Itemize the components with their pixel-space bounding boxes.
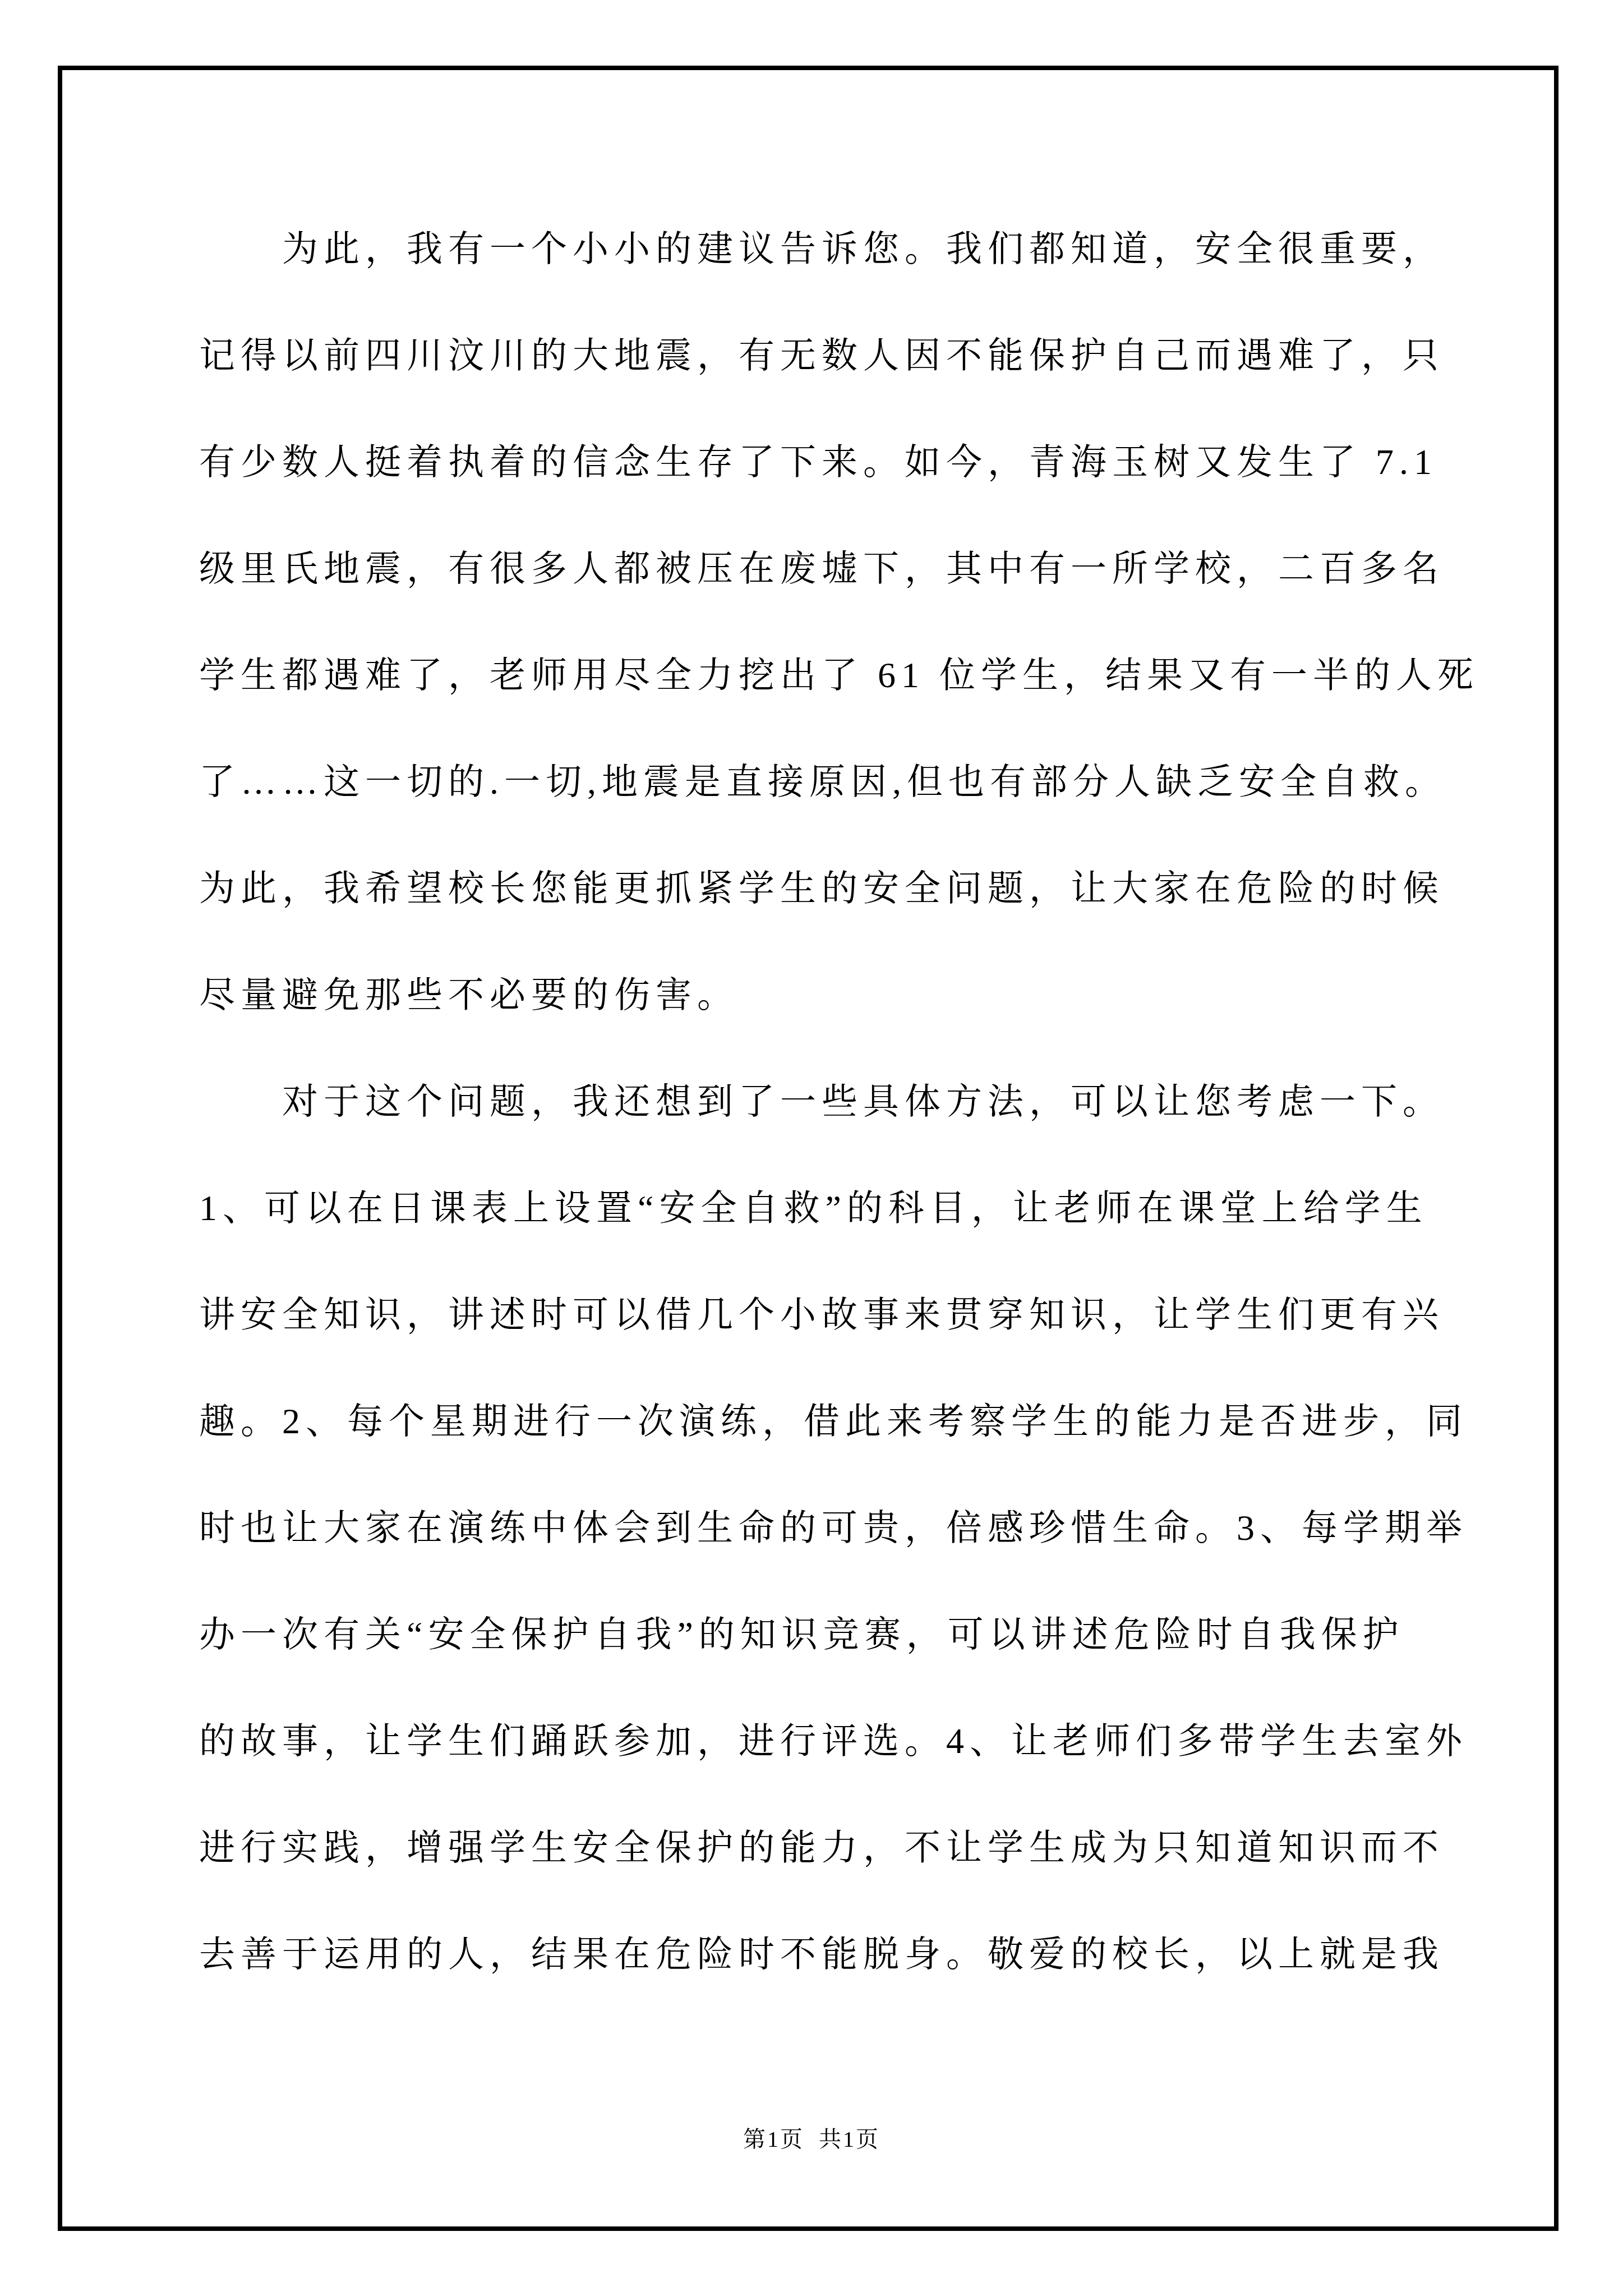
text-line: 进行实践，增强学生安全保护的能力，不让学生成为只知道知识而不 [199, 1795, 1450, 1901]
text-line: 级里氏地震，有很多人都被压在废墟下，其中有一所学校，二百多名 [199, 516, 1450, 622]
text-line: 对于这个问题，我还想到了一些具体方法，可以让您考虑一下。 [199, 1048, 1450, 1155]
document-body: 为此，我有一个小小的建议告诉您。我们都知道，安全很重要， 记得以前四川汶川的大地… [199, 196, 1450, 2008]
text-line: 了……这一切的.一切,地震是直接原因,但也有部分人缺乏安全自救。 [199, 729, 1450, 835]
text-line: 讲安全知识，讲述时可以借几个小故事来贯穿知识，让学生们更有兴 [199, 1262, 1450, 1368]
text-line: 记得以前四川汶川的大地震，有无数人因不能保护自己而遇难了，只 [199, 302, 1450, 409]
text-line: 去善于运用的人，结果在危险时不能脱身。敬爱的校长，以上就是我 [199, 1901, 1450, 2008]
text-line: 有少数人挺着执着的信念生存了下来。如今，青海玉树又发生了 7.1 [199, 409, 1450, 516]
text-line: 尽量避免那些不必要的伤害。 [199, 942, 1450, 1048]
text-line: 时也让大家在演练中体会到生命的可贵，倍感珍惜生命。3、每学期举 [199, 1475, 1450, 1581]
text-line: 为此，我有一个小小的建议告诉您。我们都知道，安全很重要， [199, 196, 1450, 302]
text-line: 1、可以在日课表上设置“安全自救”的科目，让老师在课堂上给学生 [199, 1155, 1450, 1262]
text-line: 趣。2、每个星期进行一次演练，借此来考察学生的能力是否进步，同 [199, 1368, 1450, 1475]
text-line: 为此，我希望校长您能更抓紧学生的安全问题，让大家在危险的时候 [199, 835, 1450, 942]
text-line: 办一次有关“安全保护自我”的知识竞赛，可以讲述危险时自我保护 [199, 1581, 1450, 1688]
page-footer: 第1页 共1页 [0, 2126, 1623, 2153]
text-line: 的故事，让学生们踊跃参加，进行评选。4、让老师们多带学生去室外 [199, 1688, 1450, 1795]
text-line: 学生都遇难了，老师用尽全力挖出了 61 位学生，结果又有一半的人死 [199, 622, 1450, 729]
